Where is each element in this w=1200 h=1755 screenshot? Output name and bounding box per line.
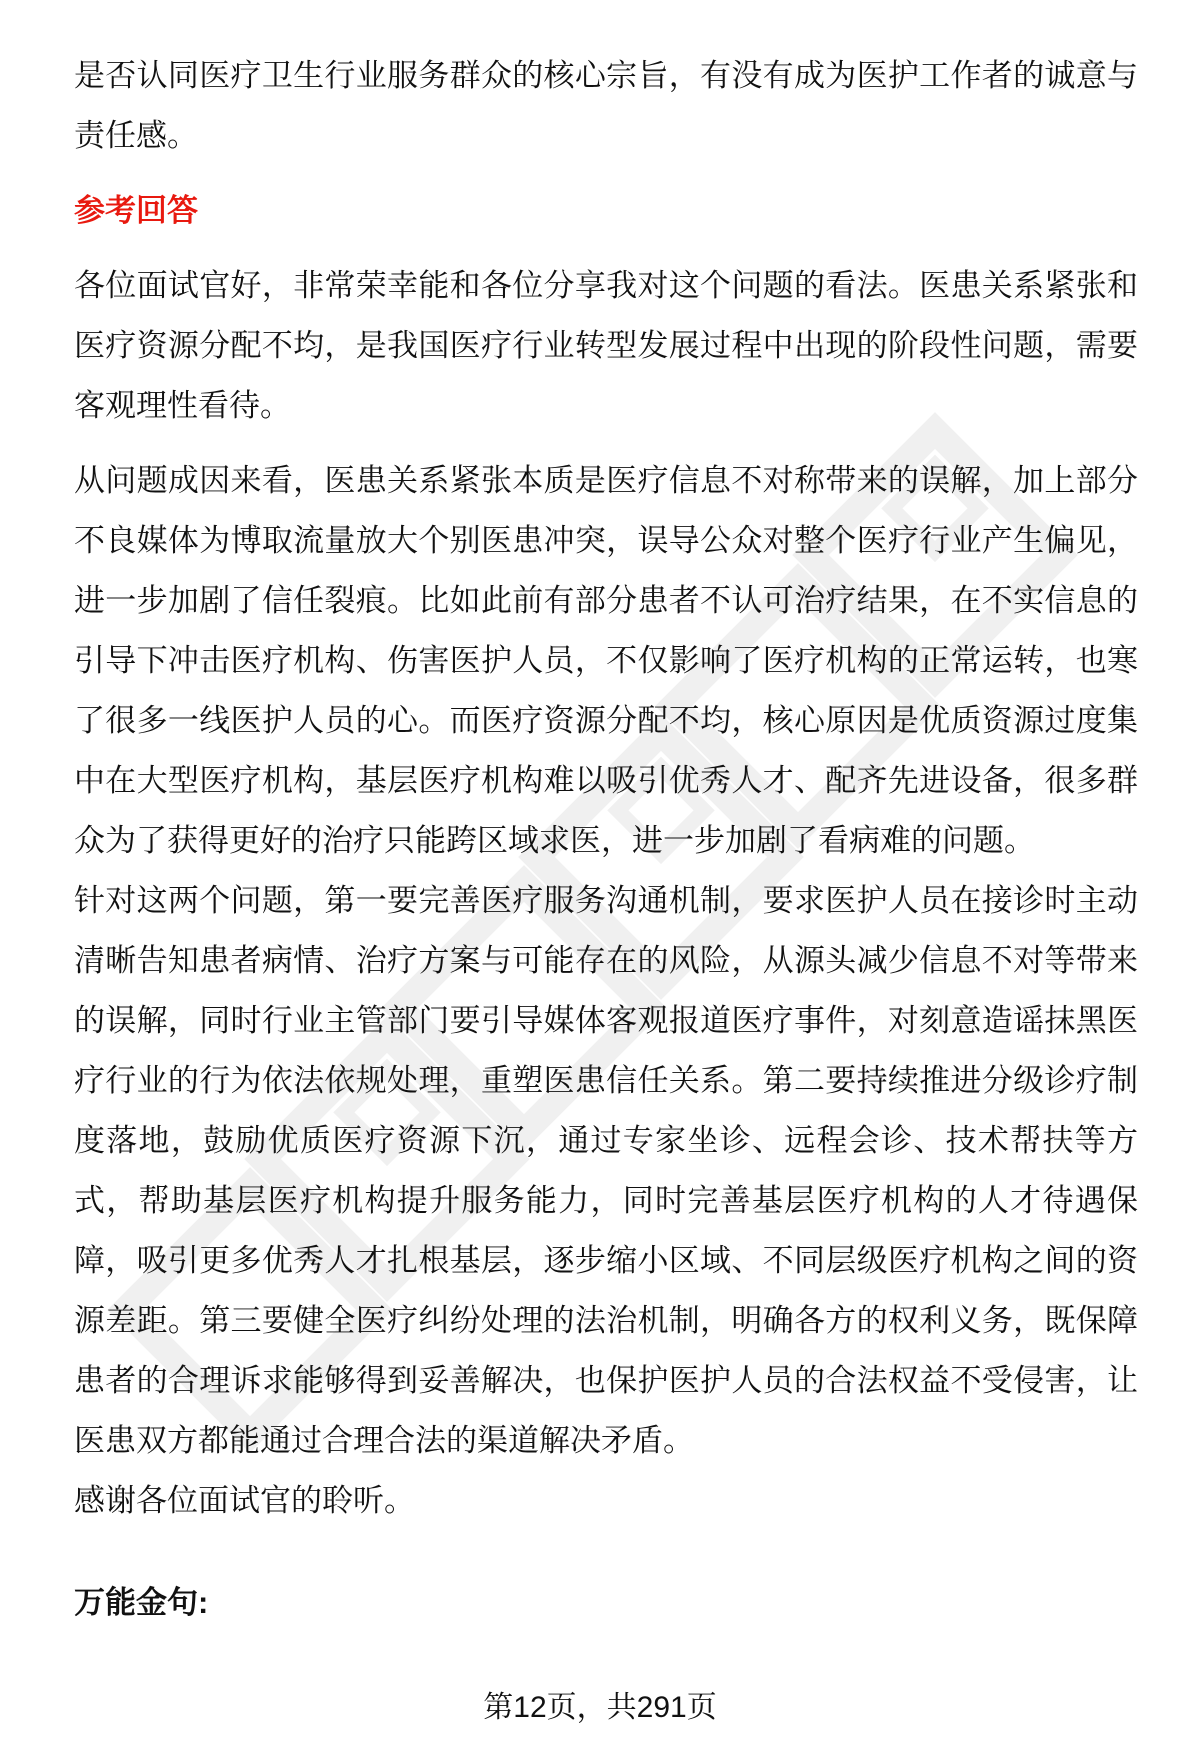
page-number: 第12页，共291页 (483, 1691, 716, 1724)
document-content: 是否认同医疗卫生行业服务群众的核心宗旨，有没有成为医护工作者的诚意与责任感。 参… (74, 46, 1138, 1633)
paragraph-answer-causes: 从问题成因来看，医患关系紧张本质是医疗信息不对称带来的误解，加上部分不良媒体为博… (74, 451, 1138, 871)
paragraph-answer-measures: 针对这两个问题，第一要完善医疗服务沟通机制，要求医护人员在接诊时主动清晰告知患者… (74, 871, 1138, 1471)
reference-answer-heading: 参考回答 (74, 181, 1138, 241)
page-footer: 第12页，共291页 (0, 1688, 1200, 1728)
paragraph-question-context: 是否认同医疗卫生行业服务群众的核心宗旨，有没有成为医护工作者的诚意与责任感。 (74, 46, 1138, 166)
golden-sentences-heading: 万能金句: (74, 1573, 1138, 1633)
paragraph-answer-intro: 各位面试官好，非常荣幸能和各位分享我对这个问题的看法。医患关系紧张和医疗资源分配… (74, 256, 1138, 436)
paragraph-answer-closing: 感谢各位面试官的聆听。 (74, 1471, 1138, 1531)
document-page: 是否认同医疗卫生行业服务群众的核心宗旨，有没有成为医护工作者的诚意与责任感。 参… (0, 0, 1200, 1755)
